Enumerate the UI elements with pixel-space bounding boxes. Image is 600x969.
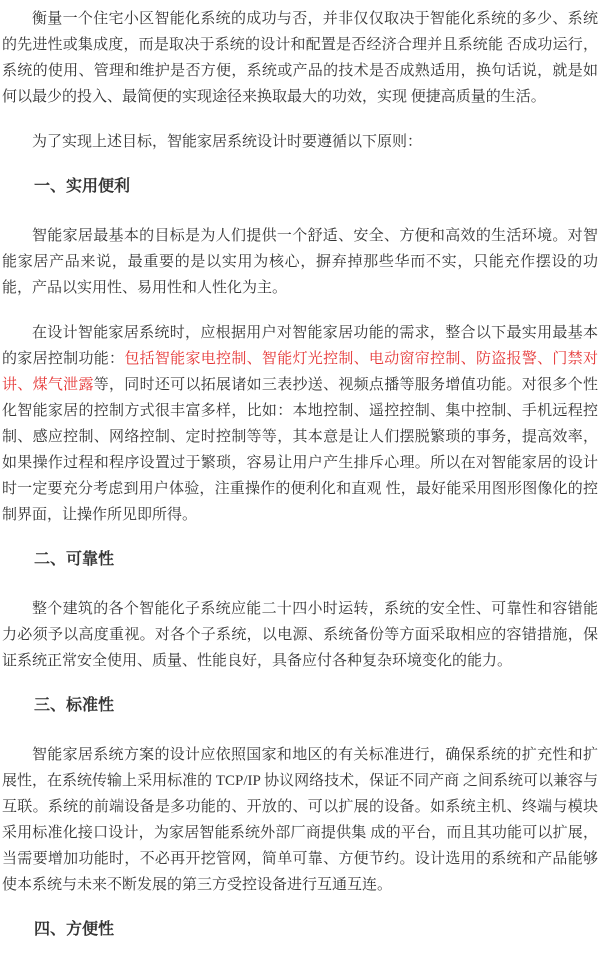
text-segment: 等，同时还可以拓展诸如三表抄送、视频点播等服务增值功能。对很多个性化智能家居的控… (2, 377, 598, 523)
paragraph: 智能家居最基本的目标是为人们提供一个舒适、安全、方便和高效的生活环境。对智能家居… (2, 223, 598, 301)
document-body: 衡量一个住宅小区智能化系统的成功与否，并非仅仅取决于智能化系统的多少、系统的先进… (2, 6, 598, 943)
paragraph: 智能家居系统方案的设计应依照国家和地区的有关标准进行，确保系统的扩充性和扩展性，… (2, 742, 598, 898)
section-heading: 四、方便性 (2, 917, 598, 943)
section-heading: 二、可靠性 (2, 547, 598, 573)
paragraph: 衡量一个住宅小区智能化系统的成功与否，并非仅仅取决于智能化系统的多少、系统的先进… (2, 6, 598, 110)
paragraph: 为了实现上述目标，智能家居系统设计时要遵循以下原则： (2, 129, 598, 155)
paragraph: 整个建筑的各个智能化子系统应能二十四小时运转，系统的安全性、可靠性和容错能力必须… (2, 596, 598, 674)
section-heading: 一、实用便利 (2, 174, 598, 200)
paragraph: 在设计智能家居系统时，应根据用户对智能家居功能的需求，整合以下最实用最基本的家居… (2, 320, 598, 528)
document-page: 衡量一个住宅小区智能化系统的成功与否，并非仅仅取决于智能化系统的多少、系统的先进… (0, 0, 600, 969)
section-heading: 三、标准性 (2, 693, 598, 719)
